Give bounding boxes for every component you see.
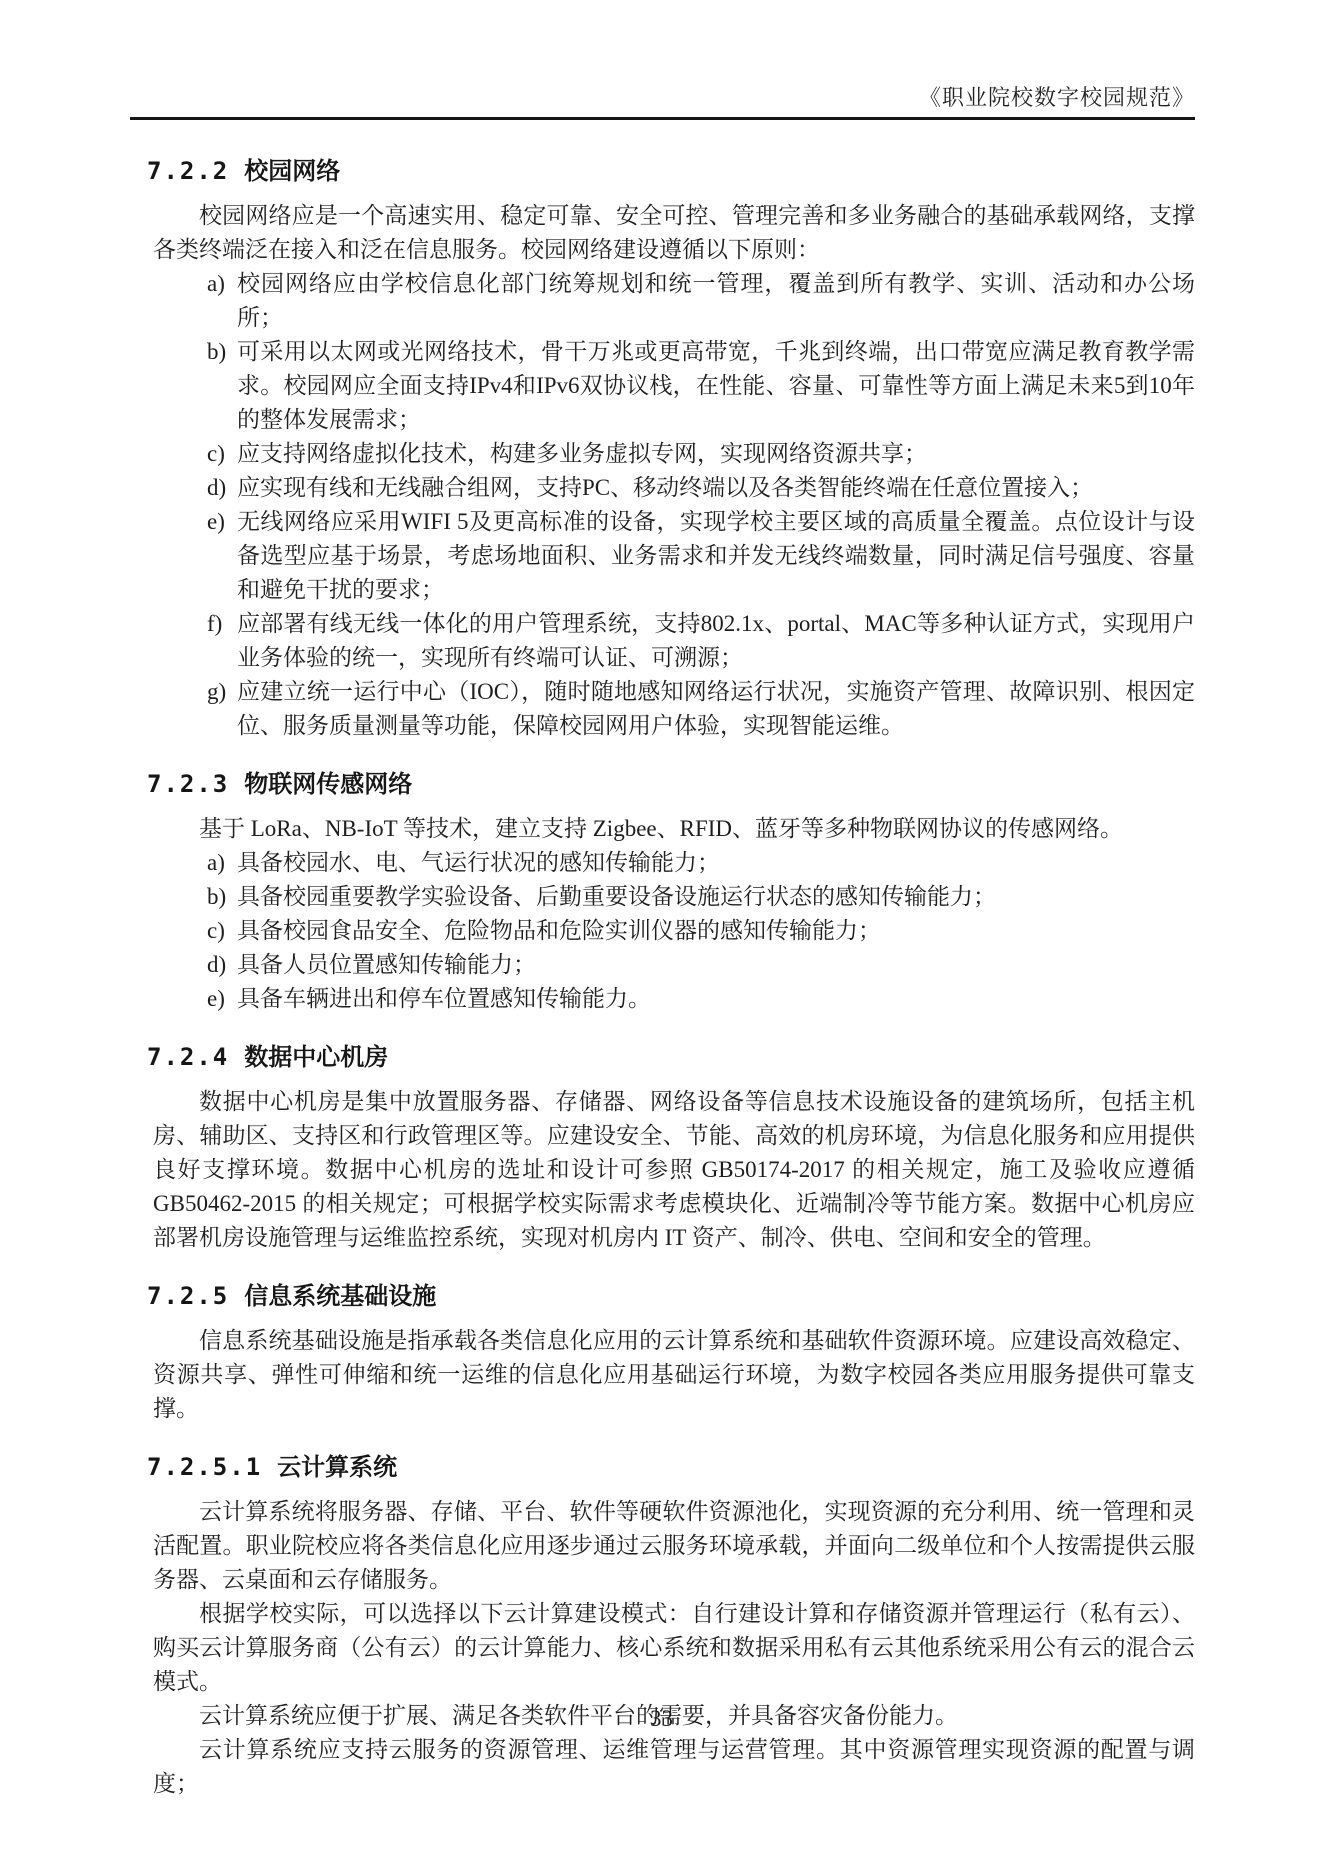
section-heading: 7.2.5.1 云计算系统	[147, 1452, 1195, 1483]
section-number: 7.2.4	[147, 1042, 229, 1072]
list-item: c)具备校园食品安全、危险物品和危险实训仪器的感知传输能力；	[153, 914, 1195, 948]
list-item: g)应建立统一运行中心（IOC），随时随地感知网络运行状况，实施资产管理、故障识…	[153, 675, 1195, 743]
section-heading: 7.2.3 物联网传感网络	[147, 769, 1195, 800]
list-item-marker: c)	[207, 914, 225, 948]
section-list: a)校园网络应由学校信息化部门统筹规划和统一管理，覆盖到所有教学、实训、活动和办…	[153, 267, 1195, 743]
section-heading: 7.2.4 数据中心机房	[147, 1042, 1195, 1073]
section-list: a)具备校园水、电、气运行状况的感知传输能力； b)具备校园重要教学实验设备、后…	[153, 846, 1195, 1016]
list-item-text: 具备车辆进出和停车位置感知传输能力。	[237, 986, 651, 1011]
section-number: 7.2.2	[147, 156, 229, 186]
page-header-title: 《职业院校数字校园规范》	[130, 84, 1195, 111]
section-title: 信息系统基础设施	[244, 1282, 436, 1312]
page-number: 33	[0, 1706, 1323, 1732]
list-item-text: 应支持网络虚拟化技术，构建多业务虚拟专网，实现网络资源共享；	[237, 441, 927, 466]
list-item-marker: b)	[207, 880, 226, 914]
section-title: 数据中心机房	[244, 1043, 388, 1073]
section-title: 物联网传感网络	[244, 770, 412, 800]
list-item-text: 应实现有线和无线融合组网，支持PC、移动终端以及各类智能终端在任意位置接入；	[237, 475, 1093, 500]
list-item: a)具备校园水、电、气运行状况的感知传输能力；	[153, 846, 1195, 880]
document-body: 7.2.2 校园网络 校园网络应是一个高速实用、稳定可靠、安全可控、管理完善和多…	[153, 156, 1195, 1801]
list-item: f)应部署有线无线一体化的用户管理系统，支持802.1x、portal、MAC等…	[153, 607, 1195, 675]
paragraph: 云计算系统应支持云服务的资源管理、运维管理与运营管理。其中资源管理实现资源的配置…	[153, 1733, 1195, 1801]
list-item-marker: f)	[207, 607, 222, 641]
list-item-text: 具备人员位置感知传输能力；	[237, 952, 536, 977]
list-item-text: 应建立统一运行中心（IOC），随时随地感知网络运行状况，实施资产管理、故障识别、…	[237, 679, 1195, 738]
list-item-text: 应部署有线无线一体化的用户管理系统，支持802.1x、portal、MAC等多种…	[237, 611, 1195, 670]
list-item-marker: e)	[207, 505, 225, 539]
list-item: b)具备校园重要教学实验设备、后勤重要设备设施运行状态的感知传输能力；	[153, 880, 1195, 914]
list-item-text: 无线网络应采用WIFI 5及更高标准的设备，实现学校主要区域的高质量全覆盖。点位…	[237, 509, 1195, 602]
section-number: 7.2.3	[147, 769, 229, 799]
section-title: 云计算系统	[277, 1453, 397, 1483]
list-item-marker: a)	[207, 846, 225, 880]
list-item: d)具备人员位置感知传输能力；	[153, 948, 1195, 982]
list-item-marker: c)	[207, 437, 225, 471]
list-item: c)应支持网络虚拟化技术，构建多业务虚拟专网，实现网络资源共享；	[153, 437, 1195, 471]
list-item: e)无线网络应采用WIFI 5及更高标准的设备，实现学校主要区域的高质量全覆盖。…	[153, 505, 1195, 607]
document-page: 《职业院校数字校园规范》 7.2.2 校园网络 校园网络应是一个高速实用、稳定可…	[0, 0, 1323, 1871]
list-item: b)可采用以太网或光网络技术，骨干万兆或更高带宽，千兆到终端，出口带宽应满足教育…	[153, 335, 1195, 437]
list-item-marker: e)	[207, 982, 225, 1016]
paragraph: 基于 LoRa、NB-IoT 等技术，建立支持 Zigbee、RFID、蓝牙等多…	[153, 812, 1195, 846]
list-item-marker: d)	[207, 948, 226, 982]
list-item-marker: g)	[207, 675, 226, 709]
paragraph: 根据学校实际，可以选择以下云计算建设模式：自行建设计算和存储资源并管理运行（私有…	[153, 1597, 1195, 1699]
list-item-marker: a)	[207, 267, 225, 301]
list-item-text: 具备校园食品安全、危险物品和危险实训仪器的感知传输能力；	[237, 918, 881, 943]
section-number: 7.2.5	[147, 1281, 229, 1311]
list-item-text: 可采用以太网或光网络技术，骨干万兆或更高带宽，千兆到终端，出口带宽应满足教育教学…	[237, 339, 1195, 432]
paragraph: 校园网络应是一个高速实用、稳定可靠、安全可控、管理完善和多业务融合的基础承载网络…	[153, 199, 1195, 267]
list-item-text: 具备校园重要教学实验设备、后勤重要设备设施运行状态的感知传输能力；	[237, 884, 996, 909]
list-item: a)校园网络应由学校信息化部门统筹规划和统一管理，覆盖到所有教学、实训、活动和办…	[153, 267, 1195, 335]
paragraph: 数据中心机房是集中放置服务器、存储器、网络设备等信息技术设施设备的建筑场所，包括…	[153, 1085, 1195, 1255]
paragraph: 信息系统基础设施是指承载各类信息化应用的云计算系统和基础软件资源环境。应建设高效…	[153, 1324, 1195, 1426]
list-item: e)具备车辆进出和停车位置感知传输能力。	[153, 982, 1195, 1016]
section-number: 7.2.5.1	[147, 1452, 262, 1482]
paragraph: 云计算系统将服务器、存储、平台、软件等硬软件资源池化，实现资源的充分利用、统一管…	[153, 1495, 1195, 1597]
list-item: d)应实现有线和无线融合组网，支持PC、移动终端以及各类智能终端在任意位置接入；	[153, 471, 1195, 505]
list-item-text: 校园网络应由学校信息化部门统筹规划和统一管理，覆盖到所有教学、实训、活动和办公场…	[237, 271, 1195, 330]
header-rule	[130, 117, 1195, 120]
list-item-text: 具备校园水、电、气运行状况的感知传输能力；	[237, 850, 720, 875]
list-item-marker: b)	[207, 335, 226, 369]
section-heading: 7.2.5 信息系统基础设施	[147, 1281, 1195, 1312]
list-item-marker: d)	[207, 471, 226, 505]
section-title: 校园网络	[244, 157, 340, 187]
section-heading: 7.2.2 校园网络	[147, 156, 1195, 187]
